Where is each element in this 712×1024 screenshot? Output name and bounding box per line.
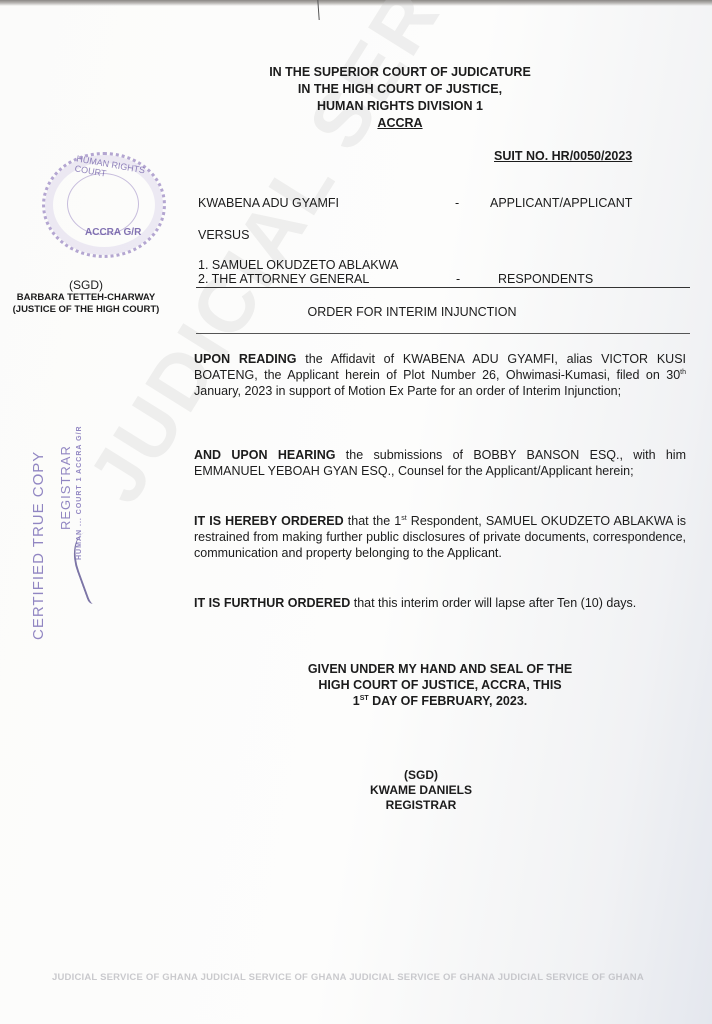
respondent-1: 1. SAMUEL OKUDZETO ABLAKWA bbox=[198, 258, 398, 272]
divider-bottom bbox=[196, 333, 690, 334]
respondent-2: 2. THE ATTORNEY GENERAL bbox=[198, 272, 369, 286]
given-line-3: 1ST DAY OF FEBRUARY, 2023. bbox=[230, 693, 650, 709]
registrar-title: REGISTRAR bbox=[336, 798, 506, 813]
court-seal-stamp: HUMAN RIGHTS COURT ACCRA G/R bbox=[42, 152, 166, 258]
judge-sgd: (SGD) bbox=[0, 278, 172, 292]
applicant-dash: - bbox=[455, 196, 459, 210]
suit-number: SUIT NO. HR/0050/2023 bbox=[494, 149, 632, 163]
versus-label: VERSUS bbox=[198, 228, 249, 242]
applicant-role: APPLICANT/APPLICANT bbox=[490, 196, 632, 210]
judge-title: (JUSTICE OF THE HIGH COURT) bbox=[0, 304, 172, 316]
given-line-1: GIVEN UNDER MY HAND AND SEAL OF THE bbox=[230, 661, 650, 677]
given-under-seal: GIVEN UNDER MY HAND AND SEAL OF THE HIGH… bbox=[230, 661, 650, 709]
given-day-sup: ST bbox=[360, 695, 369, 702]
p3-lead: IT IS HEREBY ORDERED bbox=[194, 514, 344, 528]
applicant-name: KWABENA ADU GYAMFI bbox=[198, 196, 339, 210]
paper-edge-shadow bbox=[0, 0, 712, 6]
document-page: JUDICIAL SERVICE IN THE SUPERIOR COURT O… bbox=[0, 0, 712, 1024]
given-day: 1 bbox=[353, 694, 360, 708]
heading-line-2: IN THE HIGH COURT OF JUSTICE, bbox=[230, 81, 570, 98]
court-heading: IN THE SUPERIOR COURT OF JUDICATURE IN T… bbox=[230, 64, 570, 132]
judge-name: BARBARA TETTEH-CHARWAY bbox=[0, 292, 172, 304]
heading-line-1: IN THE SUPERIOR COURT OF JUDICATURE bbox=[230, 64, 570, 81]
paragraph-upon-hearing: AND UPON HEARING the submissions of BOBB… bbox=[194, 447, 686, 479]
divider-top bbox=[196, 287, 690, 288]
given-date: DAY OF FEBRUARY, 2023. bbox=[369, 694, 528, 708]
paragraph-further-ordered: IT IS FURTHUR ORDERED that this interim … bbox=[194, 595, 686, 611]
given-line-2: HIGH COURT OF JUSTICE, ACCRA, THIS bbox=[230, 677, 650, 693]
certified-registrar: REGISTRAR bbox=[58, 445, 73, 530]
registrar-signature-icon bbox=[65, 525, 128, 605]
p4-text: that this interim order will lapse after… bbox=[350, 596, 636, 610]
registrar-signature-block: (SGD) KWAME DANIELS REGISTRAR bbox=[336, 768, 506, 813]
p1-sup: th bbox=[680, 369, 686, 376]
respondent-dash: - bbox=[456, 272, 460, 286]
certified-true-copy-stamp: CERTIFIED TRUE COPY REGISTRAR HUMAN ... … bbox=[30, 451, 47, 640]
respondent-role: RESPONDENTS bbox=[498, 272, 593, 286]
registrar-name: KWAME DANIELS bbox=[336, 783, 506, 798]
registrar-sgd: (SGD) bbox=[336, 768, 506, 783]
certified-label: CERTIFIED TRUE COPY bbox=[30, 451, 47, 640]
p1-text-b: January, 2023 in support of Motion Ex Pa… bbox=[194, 384, 621, 398]
p1-lead: UPON READING bbox=[194, 352, 297, 366]
certified-court: HUMAN ... COURT 1 ACCRA G/R bbox=[76, 425, 83, 560]
heading-city: ACCRA bbox=[230, 115, 570, 132]
p2-lead: AND UPON HEARING bbox=[194, 448, 335, 462]
document-title: ORDER FOR INTERIM INJUNCTION bbox=[196, 305, 628, 319]
paragraph-hereby-ordered: IT IS HEREBY ORDERED that the 1st Respon… bbox=[194, 513, 686, 561]
p4-lead: IT IS FURTHUR ORDERED bbox=[194, 596, 350, 610]
judge-signature-block: (SGD) BARBARA TETTEH-CHARWAY (JUSTICE OF… bbox=[0, 278, 172, 316]
footer-security-strip: JUDICIAL SERVICE OF GHANA JUDICIAL SERVI… bbox=[52, 972, 692, 983]
heading-line-3: HUMAN RIGHTS DIVISION 1 bbox=[230, 98, 570, 115]
p3-text-a: that the 1 bbox=[344, 514, 402, 528]
paragraph-upon-reading: UPON READING the Affidavit of KWABENA AD… bbox=[194, 351, 686, 399]
seal-bottom-text: ACCRA G/R bbox=[85, 227, 141, 238]
